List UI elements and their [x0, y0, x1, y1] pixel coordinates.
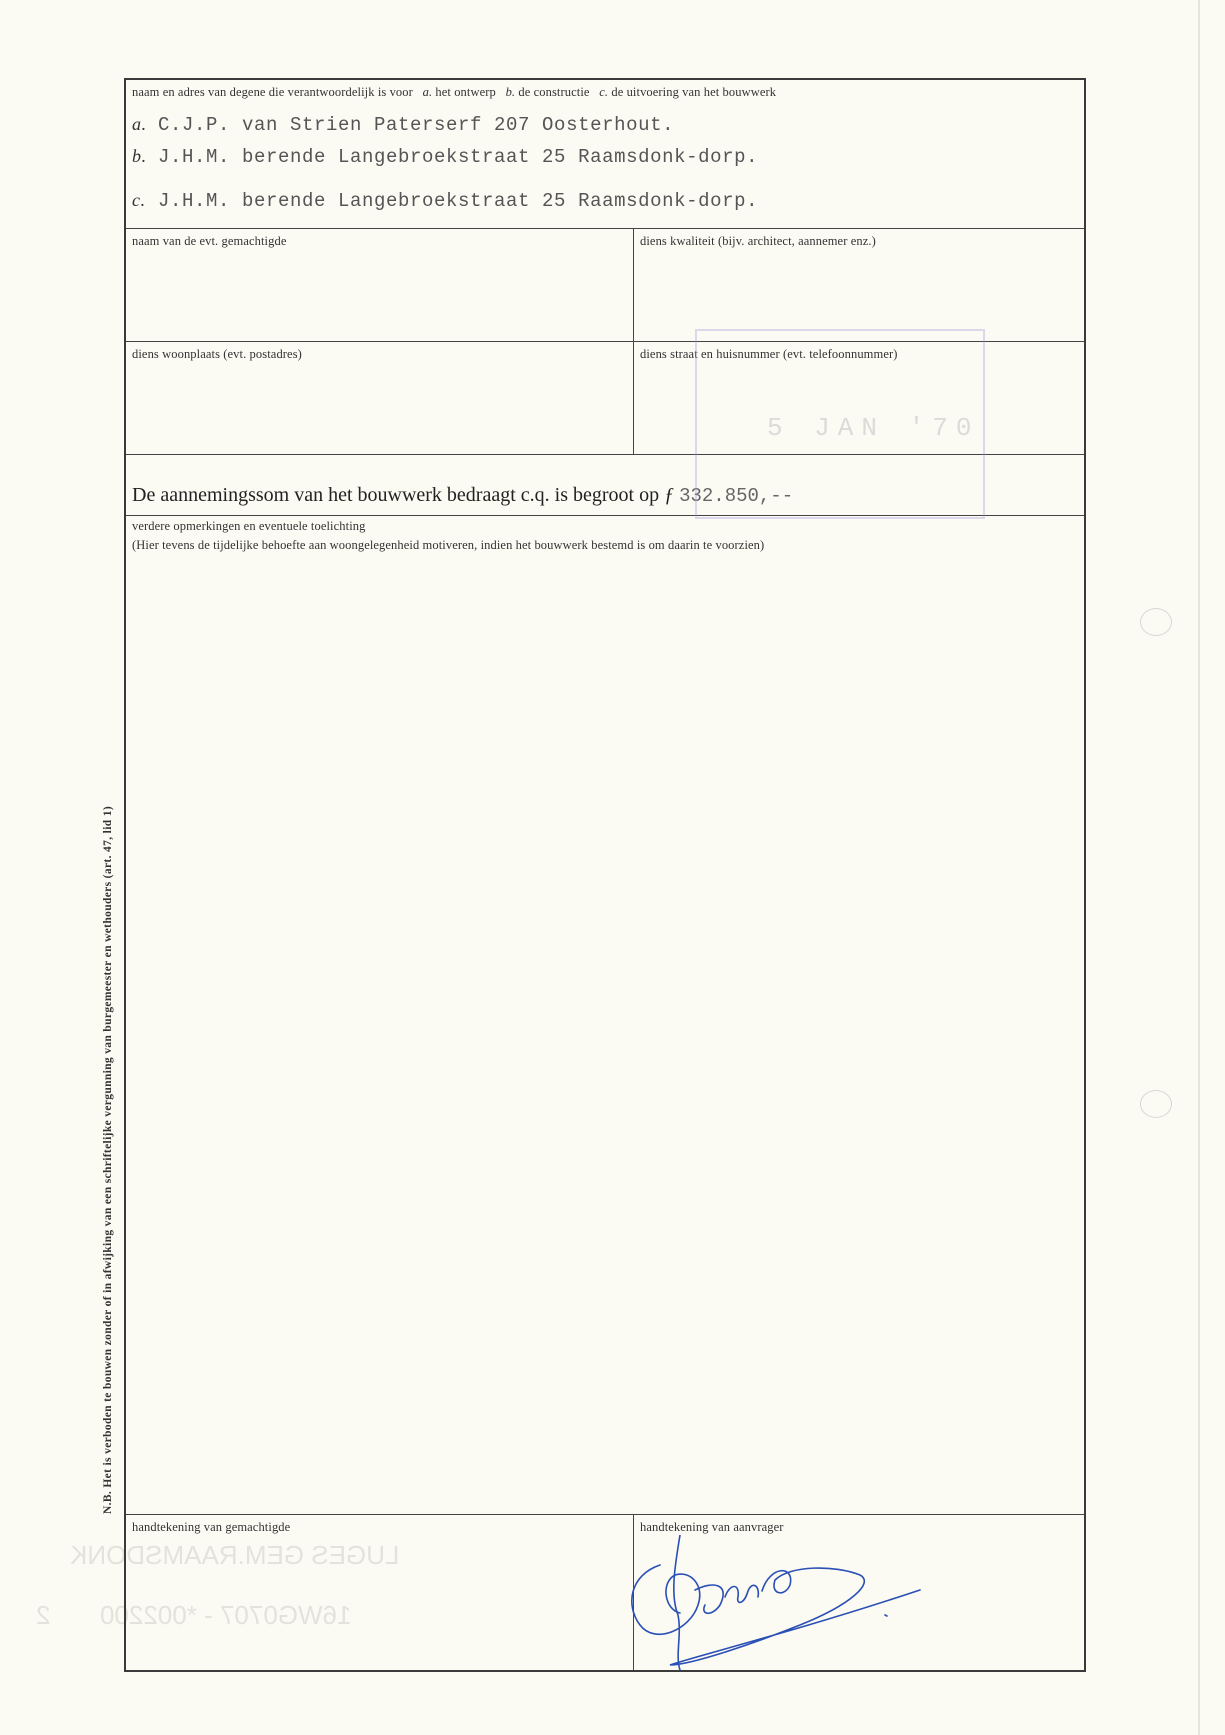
authorized-name-label: naam van de evt. gemachtigde: [132, 234, 286, 249]
authorized-name-field[interactable]: naam van de evt. gemachtigde: [126, 229, 634, 341]
building-permit-form: naam en adres van degene die verantwoord…: [124, 78, 1086, 1672]
punch-hole-top: [1140, 608, 1172, 636]
authorized-residence-field[interactable]: diens woonplaats (evt. postadres): [126, 342, 634, 454]
authorized-name-row: naam van de evt. gemachtigde diens kwali…: [126, 229, 1084, 342]
currency-symbol: ƒ: [664, 484, 674, 506]
punch-hole-bottom: [1140, 1090, 1172, 1118]
remarks-sublabel: (Hier tevens de tijdelijke behoefte aan …: [132, 538, 764, 553]
responsible-party-b[interactable]: b.J.H.M. berende Langebroekstraat 25 Raa…: [132, 146, 758, 168]
responsible-parties-section: naam en adres van degene die verantwoord…: [126, 80, 1084, 229]
responsible-party-a[interactable]: a.C.J.P. van Strien Paterserf 207 Ooster…: [132, 114, 674, 136]
remarks-section[interactable]: verdere opmerkingen en eventuele toelich…: [126, 516, 1084, 1515]
responsible-parties-label: naam en adres van degene die verantwoord…: [132, 85, 776, 100]
authorized-quality-label: diens kwaliteit (bijv. architect, aannem…: [640, 234, 876, 249]
authorized-residence-label: diens woonplaats (evt. postadres): [132, 347, 302, 362]
remarks-label: verdere opmerkingen en eventuele toelich…: [132, 519, 365, 534]
stamp-date: 5 JAN '70: [767, 413, 979, 443]
contract-sum-label: De aannemingssom van het bouwwerk bedraa…: [132, 484, 659, 506]
contract-sum-field[interactable]: De aannemingssom van het bouwwerk bedraa…: [132, 484, 793, 507]
applicant-signature-icon: [620, 1535, 980, 1675]
authorized-signature-field[interactable]: handtekening van gemachtigde: [126, 1515, 634, 1670]
page-edge: [1198, 0, 1200, 1735]
legal-side-note: N.B. Het is verboden te bouwen zonder of…: [102, 806, 114, 1514]
authorized-quality-field[interactable]: diens kwaliteit (bijv. architect, aannem…: [634, 229, 1084, 341]
authorized-signature-label: handtekening van gemachtigde: [132, 1520, 290, 1535]
applicant-signature-label: handtekening van aanvrager: [640, 1520, 784, 1535]
responsible-party-c[interactable]: c.J.H.M. berende Langebroekstraat 25 Raa…: [132, 190, 758, 212]
receipt-stamp: 5 JAN '70: [695, 329, 985, 519]
bleed-through-text-3: 2: [36, 1600, 50, 1631]
